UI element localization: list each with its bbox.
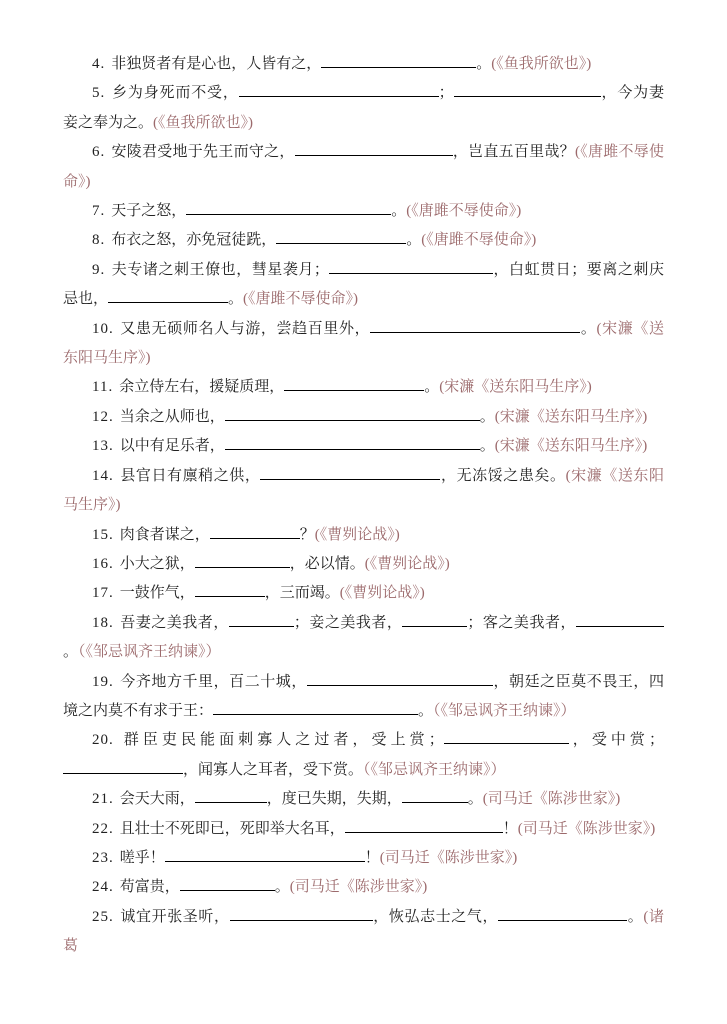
fill-in-blank	[498, 907, 627, 921]
item-text: 。	[580, 321, 596, 337]
item-text: 吾妻之美我者，	[120, 615, 229, 631]
item-text: ！	[503, 821, 518, 837]
item-text: 。	[480, 438, 495, 454]
question-item: 20.群臣吏民能面刺寡人之过者，受上赏；，受中赏；，闻寡人之耳者，受下赏。（《邹…	[63, 726, 664, 785]
item-text: ，三而竭。	[265, 585, 340, 601]
item-text: 。	[391, 203, 406, 219]
item-number: 11.	[92, 379, 113, 395]
item-text: ，岂直五百里哉？	[453, 144, 575, 160]
item-number: 7.	[92, 203, 105, 219]
item-text: 肉食者谋之，	[120, 527, 210, 543]
item-text: 。	[424, 379, 439, 395]
question-item: 4.非独贤者有是心也，人皆有之，。(《鱼我所欲也》)	[63, 50, 664, 79]
fill-in-blank	[402, 613, 467, 627]
fill-in-blank	[276, 230, 406, 244]
question-item: 7.天子之怒，。(《唐雎不辱使命》)	[63, 197, 664, 226]
item-text: ；客之美我者，	[467, 615, 576, 631]
source-citation: (《曹刿论战》)	[315, 527, 400, 543]
source-citation: (宋濂《送东阳马生序》)	[495, 409, 648, 425]
item-text: 夫专诸之刺王僚也，彗星袭月；	[111, 262, 329, 278]
item-text: 布衣之怒，亦免冠徒跣，	[111, 232, 276, 248]
item-text: 。	[228, 291, 243, 307]
question-item: 12.当余之从师也，。(宋濂《送东阳马生序》)	[63, 403, 664, 432]
item-number: 8.	[92, 232, 105, 248]
question-item: 13.以中有足乐者，。(宋濂《送东阳马生序》)	[63, 432, 664, 461]
item-text: 。	[418, 703, 433, 719]
fill-in-blank	[329, 260, 493, 274]
item-text: 小大之狱，	[120, 556, 195, 572]
question-item: 25.诚宜开张圣听，，恢弘志士之气，。(诸葛	[63, 903, 664, 962]
item-number: 22.	[92, 821, 114, 837]
fill-in-blank	[321, 54, 476, 68]
question-item: 15.肉食者谋之，？(《曹刿论战》)	[63, 521, 664, 550]
fill-in-blank	[213, 701, 418, 715]
source-citation: (《唐雎不辱使命》)	[421, 232, 536, 248]
item-text: 今齐地方千里，百二十城，	[120, 674, 307, 690]
question-item: 21.会天大雨，，度已失期，失期，。(司马迁《陈涉世家》)	[63, 785, 664, 814]
fill-in-blank	[576, 613, 664, 627]
item-text: 。	[63, 644, 78, 660]
item-text: ？	[300, 527, 315, 543]
fill-in-blank	[186, 201, 391, 215]
item-text: 又患无硕师名人与游，尝趋百里外，	[120, 321, 371, 337]
source-citation: (《鱼我所欲也》)	[491, 56, 591, 72]
fill-in-blank	[444, 730, 569, 744]
source-citation: (《鱼我所欲也》)	[153, 115, 253, 131]
question-item: 14.县官日有廪稍之供，，无冻馁之患矣。(宋濂《送东阳马生序》)	[63, 462, 664, 521]
fill-in-blank	[370, 319, 580, 333]
item-text: ；妾之美我者，	[294, 615, 403, 631]
item-number: 16.	[92, 556, 114, 572]
item-number: 12.	[92, 409, 114, 425]
fill-in-blank	[195, 789, 267, 803]
fill-in-blank	[108, 289, 228, 303]
source-citation: (《曹刿论战》)	[365, 556, 450, 572]
question-item: 11.余立侍左右，援疑质理，。(宋濂《送东阳马生序》)	[63, 373, 664, 402]
fill-in-blank	[195, 554, 290, 568]
item-text: 群臣吏民能面刺寡人之过者，受上赏；	[120, 732, 444, 748]
question-item: 18.吾妻之美我者，；妾之美我者，；客之美我者，。（《邹忌讽齐王纳谏》）	[63, 609, 664, 668]
item-text: 安陵君受地于先王而守之，	[111, 144, 294, 160]
question-item: 22.且壮士不死即已，死即举大名耳，！(司马迁《陈涉世家》)	[63, 815, 664, 844]
item-text: 。	[275, 879, 290, 895]
question-item: 17.一鼓作气，，三而竭。(《曹刿论战》)	[63, 579, 664, 608]
item-number: 18.	[92, 615, 114, 631]
source-citation: (司马迁《陈涉世家》)	[518, 821, 656, 837]
item-number: 21.	[92, 791, 114, 807]
fill-in-blank	[230, 907, 373, 921]
source-citation: (《唐雎不辱使命》)	[243, 291, 358, 307]
fill-in-blank	[229, 613, 294, 627]
item-text: 。	[476, 56, 491, 72]
item-text: 乡为身死而不受，	[111, 85, 238, 101]
source-citation: (《曹刿论战》)	[340, 585, 425, 601]
item-text: 且壮士不死即已，死即举大名耳，	[120, 821, 345, 837]
source-citation: (司马迁《陈涉世家》)	[483, 791, 621, 807]
item-number: 10.	[92, 321, 114, 337]
fill-in-blank	[239, 83, 439, 97]
fill-in-blank	[345, 819, 503, 833]
item-number: 5.	[92, 85, 105, 101]
source-citation: （《邹忌讽齐王纳谏》）	[363, 762, 506, 778]
fill-in-blank	[63, 760, 183, 774]
question-item: 23.嗟乎！！(司马迁《陈涉世家》)	[63, 844, 664, 873]
item-text: 。	[480, 409, 495, 425]
source-citation: （《邹忌讽齐王纳谏》）	[433, 703, 576, 719]
item-text: ，必以情。	[290, 556, 365, 572]
item-number: 24.	[92, 879, 114, 895]
item-text: 。	[406, 232, 421, 248]
item-text: ！	[365, 850, 380, 866]
question-item: 24.苟富贵，。(司马迁《陈涉世家》)	[63, 873, 664, 902]
item-number: 20.	[92, 732, 114, 748]
item-text: ，闻寡人之耳者，受下赏。	[183, 762, 363, 778]
item-text: ，恢弘志士之气，	[373, 909, 499, 925]
item-number: 9.	[92, 262, 105, 278]
source-citation: （《邹忌讽齐王纳谏》）	[78, 644, 221, 660]
fill-in-blank	[295, 142, 453, 156]
source-citation: (司马迁《陈涉世家》)	[290, 879, 428, 895]
item-text: 。	[627, 909, 643, 925]
item-text: 诚宜开张圣听，	[120, 909, 230, 925]
item-number: 19.	[92, 674, 114, 690]
source-citation: (宋濂《送东阳马生序》)	[495, 438, 648, 454]
question-item: 16.小大之狱，，必以情。(《曹刿论战》)	[63, 550, 664, 579]
question-item: 5.乡为身死而不受，；，今为妻妾之奉为之。(《鱼我所欲也》)	[63, 79, 664, 138]
item-text: 一鼓作气，	[120, 585, 195, 601]
question-item: 9.夫专诸之刺王僚也，彗星袭月；，白虹贯日；要离之刺庆忌也，。(《唐雎不辱使命》…	[63, 256, 664, 315]
fill-in-blank	[195, 583, 265, 597]
fill-in-blank	[180, 877, 275, 891]
item-text: ，无冻馁之患矣。	[440, 468, 565, 484]
item-number: 25.	[92, 909, 114, 925]
fill-in-blank	[454, 83, 601, 97]
document-page: 4.非独贤者有是心也，人皆有之，。(《鱼我所欲也》)5.乡为身死而不受，；，今为…	[0, 0, 727, 962]
item-number: 4.	[92, 56, 105, 72]
item-text: 县官日有廪稍之供，	[120, 468, 261, 484]
source-citation: (《唐雎不辱使命》)	[406, 203, 521, 219]
source-citation: (司马迁《陈涉世家》)	[380, 850, 518, 866]
question-list: 4.非独贤者有是心也，人皆有之，。(《鱼我所欲也》)5.乡为身死而不受，；，今为…	[63, 50, 664, 962]
item-text: 天子之怒，	[111, 203, 186, 219]
item-text: ；	[439, 85, 454, 101]
item-text: 当余之从师也，	[120, 409, 225, 425]
item-text: 会天大雨，	[120, 791, 195, 807]
question-item: 8.布衣之怒，亦免冠徒跣，。(《唐雎不辱使命》)	[63, 226, 664, 255]
source-citation: (宋濂《送东阳马生序》)	[439, 379, 592, 395]
item-text: 余立侍左右，援疑质理，	[119, 379, 284, 395]
item-number: 15.	[92, 527, 114, 543]
item-number: 6.	[92, 144, 105, 160]
fill-in-blank	[225, 436, 480, 450]
question-item: 19.今齐地方千里，百二十城，，朝廷之臣莫不畏王，四境之内莫不有求于王：。（《邹…	[63, 668, 664, 727]
fill-in-blank	[260, 466, 440, 480]
fill-in-blank	[284, 377, 424, 391]
item-number: 17.	[92, 585, 114, 601]
item-number: 14.	[92, 468, 114, 484]
question-item: 10.又患无硕师名人与游，尝趋百里外，。(宋濂《送东阳马生序》)	[63, 315, 664, 374]
fill-in-blank	[210, 525, 300, 539]
fill-in-blank	[165, 848, 365, 862]
item-text: 嗟乎！	[120, 850, 165, 866]
item-number: 13.	[92, 438, 114, 454]
fill-in-blank	[307, 672, 493, 686]
fill-in-blank	[402, 789, 468, 803]
item-text: ，受中赏；	[569, 732, 664, 748]
item-text: 以中有足乐者，	[120, 438, 225, 454]
item-text: 苟富贵，	[120, 879, 180, 895]
item-text: 非独贤者有是心也，人皆有之，	[111, 56, 321, 72]
fill-in-blank	[225, 407, 480, 421]
item-text: ，度已失期，失期，	[267, 791, 402, 807]
item-number: 23.	[92, 850, 114, 866]
question-item: 6.安陵君受地于先王而守之，，岂直五百里哉？(《唐雎不辱使命》)	[63, 138, 664, 197]
item-text: 。	[468, 791, 483, 807]
